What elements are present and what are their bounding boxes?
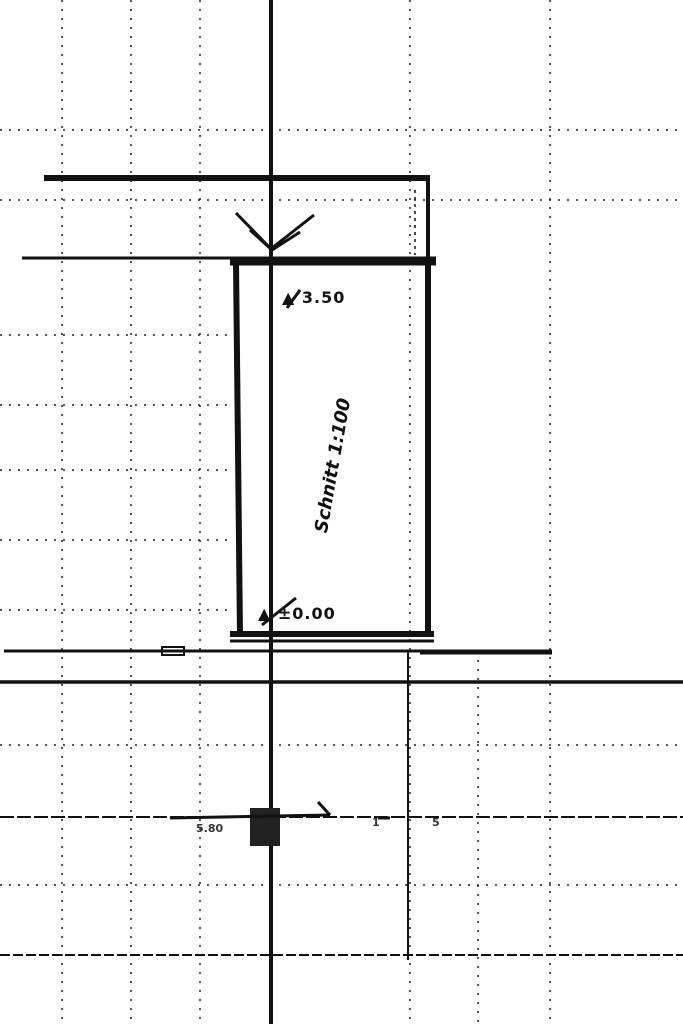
roof-drain-symbol — [236, 213, 314, 250]
section-drawing — [0, 0, 683, 1024]
main-axes — [0, 0, 683, 1024]
dimension-label-3: 5 — [432, 816, 440, 829]
grid-lines — [0, 0, 683, 1024]
elevation-bottom-label: ▲ ±0.00 — [258, 604, 336, 623]
roof-slab — [22, 178, 436, 262]
dimension-label: 5.80 — [196, 822, 223, 835]
dimension-label-2: 1 — [372, 816, 380, 829]
elevation-top-label: ▲ 3.50 — [282, 288, 345, 307]
elevation-markers — [262, 290, 300, 625]
ground-line — [4, 647, 552, 655]
